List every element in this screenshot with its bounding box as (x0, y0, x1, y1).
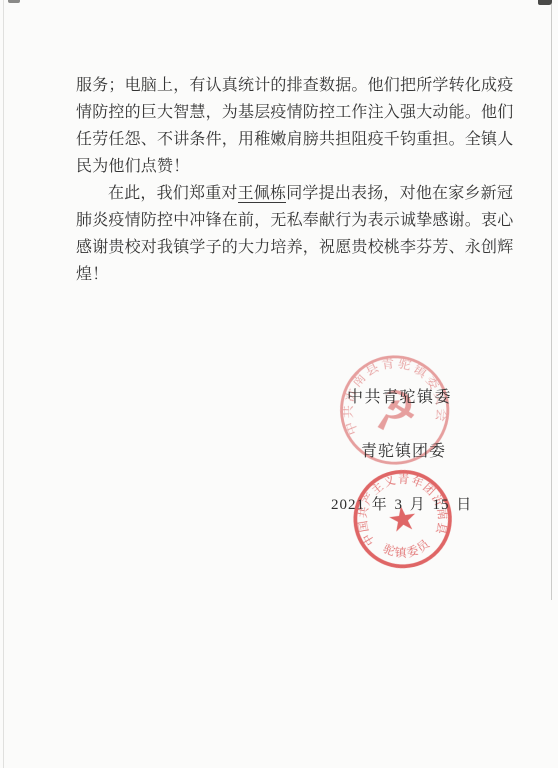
scan-edge-right (551, 0, 552, 600)
letter-body: 服务；电脑上，有认真统计的排查数据。他们把所学转化成疫 情防控的巨大智慧，为基层… (76, 72, 516, 288)
body-text-line: 肺炎疫情防控中冲锋在前，无私奉献行为表示诚挚感谢。衷心 (76, 207, 516, 234)
signature-party-committee: 中共青驼镇委 (347, 384, 452, 407)
praise-sentence-end: 同学提出表扬，对他在家乡新冠 (286, 185, 513, 202)
student-name-underlined: 王佩栋 (238, 185, 287, 203)
scan-smudge-top-left (8, 0, 20, 3)
signature-youth-league: 青驼镇团委 (361, 438, 446, 461)
date-line: 2021 年 3 月 15 日 (331, 493, 472, 514)
body-text-line: 情防控的巨大智慧，为基层疫情防控工作注入强大动能。他们 (76, 99, 516, 126)
body-text-line: 在此，我们郑重对王佩栋同学提出表扬，对他在家乡新冠 (76, 180, 516, 207)
scan-smudge-top-right (538, 0, 552, 5)
body-text-line: 感谢贵校对我镇学子的大力培养，祝愿贵校桃李芬芳、永创辉 (76, 234, 516, 261)
league-stamp-ring-text-bottom: 青驼镇委员会 (344, 460, 434, 568)
body-text-line: 民为他们点赞！ (76, 153, 516, 180)
youth-league-stamp: 中国共产主义青年团沂南县 青驼镇委员会 ★ (344, 460, 462, 582)
praise-sentence-start: 在此，我们郑重对 (108, 185, 238, 202)
scan-edge-left (3, 0, 4, 768)
body-text-line: 煌！ (76, 261, 516, 288)
scanned-letter-page: 服务；电脑上，有认真统计的排查数据。他们把所学转化成疫 情防控的巨大智慧，为基层… (0, 0, 558, 768)
body-text-line: 任劳任怨、不讲条件，用稚嫩肩膀共担阻疫千钧重担。全镇人 (76, 126, 516, 153)
league-stamp-ring (349, 466, 456, 573)
body-text-line: 服务；电脑上，有认真统计的排查数据。他们把所学转化成疫 (76, 72, 516, 99)
